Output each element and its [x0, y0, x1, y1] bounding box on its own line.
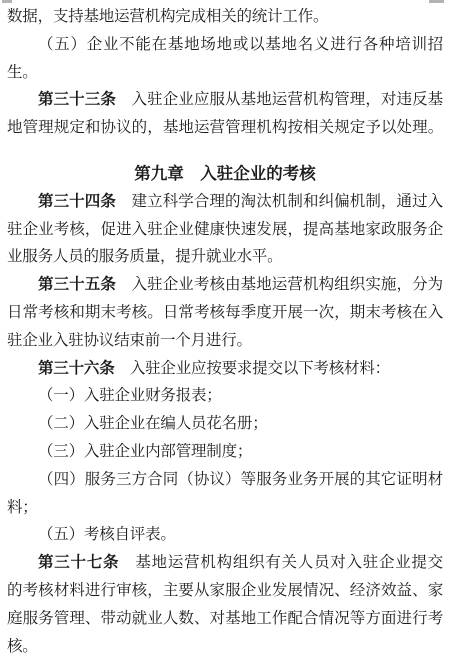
text-line: 第三十六条 入驻企业应按要求提交以下考核材料： [7, 355, 443, 383]
text-line: 第三十五条 入驻企业考核由基地运营机构组织实施，分为 [7, 271, 443, 299]
line-text: （五）考核自评表。 [38, 526, 176, 543]
article-number: 第三十五条 [38, 276, 116, 293]
text-line: （三）入驻企业内部管理制度； [7, 438, 443, 466]
text-boundary-mark-left [2, 0, 12, 3]
text-line: 日常考核和期末考核。日常考核每季度开展一次，期末考核在入 [7, 299, 443, 327]
text-line: 料； [7, 494, 443, 522]
line-text: 入驻企业应服从基地运营机构管理，对违反基 [116, 91, 443, 108]
line-text: 的考核材料进行审核，主要从家服企业发展情况、经济效益、家 [7, 582, 443, 599]
line-text: 核。 [7, 638, 38, 655]
article-number: 第三十四条 [38, 193, 116, 210]
line-text: 基地运营机构组织有关人员对入驻企业提交 [119, 554, 443, 571]
line-text: （三）入驻企业内部管理制度； [38, 443, 252, 460]
article-number: 第三十七条 [38, 554, 119, 571]
article-number: 第三十六条 [38, 360, 115, 377]
line-text: （五）企业不能在基地场地或以基地名义进行各种培训招 [38, 36, 443, 53]
document-page: 数据，支持基地运营机构完成相关的统计工作。 （五）企业不能在基地场地或以基地名义… [0, 0, 450, 658]
text-line: 地管理规定和协议的，基地运营管理机构按相关规定予以处理。 [7, 114, 443, 142]
text-boundary-mark-right [429, 0, 444, 3]
text-line: 第三十四条 建立科学合理的淘汰机制和纠偏机制，通过入 [7, 188, 443, 216]
text-line: （五）企业不能在基地场地或以基地名义进行各种培训招 [7, 31, 443, 59]
article-number: 第三十三条 [38, 91, 116, 108]
line-text: 入驻企业考核由基地运营机构组织实施，分为 [116, 276, 443, 293]
line-text: 日常考核和期末考核。日常考核每季度开展一次，期末考核在入 [7, 304, 443, 321]
text-line: （五）考核自评表。 [7, 521, 443, 549]
chapter-heading: 第九章 入驻企业的考核 [7, 160, 443, 188]
line-text: 建立科学合理的淘汰机制和纠偏机制，通过入 [116, 193, 443, 210]
line-text: 驻企业入驻协议结束前一个月进行。 [7, 332, 252, 349]
line-text: 料； [7, 499, 38, 516]
text-line: 数据，支持基地运营机构完成相关的统计工作。 [7, 3, 443, 31]
text-line: 核。 [7, 633, 443, 658]
text-line: （一）入驻企业财务报表； [7, 382, 443, 410]
text-line: 生。 [7, 59, 443, 87]
text-line: 驻企业入驻协议结束前一个月进行。 [7, 327, 443, 355]
text-line: （二）入驻企业在编人员花名册； [7, 410, 443, 438]
line-text: （四）服务三方合同（协议）等服务业务开展的其它证明材 [38, 471, 443, 488]
text-line: 驻企业考核，促进入驻企业健康快速发展，提高基地家政服务企 [7, 216, 443, 244]
line-text: 业服务人员的服务质量，提升就业水平。 [7, 248, 282, 265]
line-text: （一）入驻企业财务报表； [38, 387, 222, 404]
line-text: 生。 [7, 64, 38, 81]
line-text: （二）入驻企业在编人员花名册； [38, 415, 268, 432]
text-line: 的考核材料进行审核，主要从家服企业发展情况、经济效益、家 [7, 577, 443, 605]
text-line: 业服务人员的服务质量，提升就业水平。 [7, 243, 443, 271]
line-text: 庭服务管理、带动就业人数、对基地工作配合情况等方面进行考 [7, 610, 443, 627]
line-text: 入驻企业应按要求提交以下考核材料： [115, 360, 390, 377]
line-text: 数据，支持基地运营机构完成相关的统计工作。 [7, 8, 328, 25]
text-line: （四）服务三方合同（协议）等服务业务开展的其它证明材 [7, 466, 443, 494]
text-line: 第三十七条 基地运营机构组织有关人员对入驻企业提交 [7, 549, 443, 577]
line-text: 地管理规定和协议的，基地运营管理机构按相关规定予以处理。 [7, 119, 443, 136]
text-line: 第三十三条 入驻企业应服从基地运营机构管理，对违反基 [7, 86, 443, 114]
line-text: 驻企业考核，促进入驻企业健康快速发展，提高基地家政服务企 [7, 221, 443, 238]
text-line: 庭服务管理、带动就业人数、对基地工作配合情况等方面进行考 [7, 605, 443, 633]
